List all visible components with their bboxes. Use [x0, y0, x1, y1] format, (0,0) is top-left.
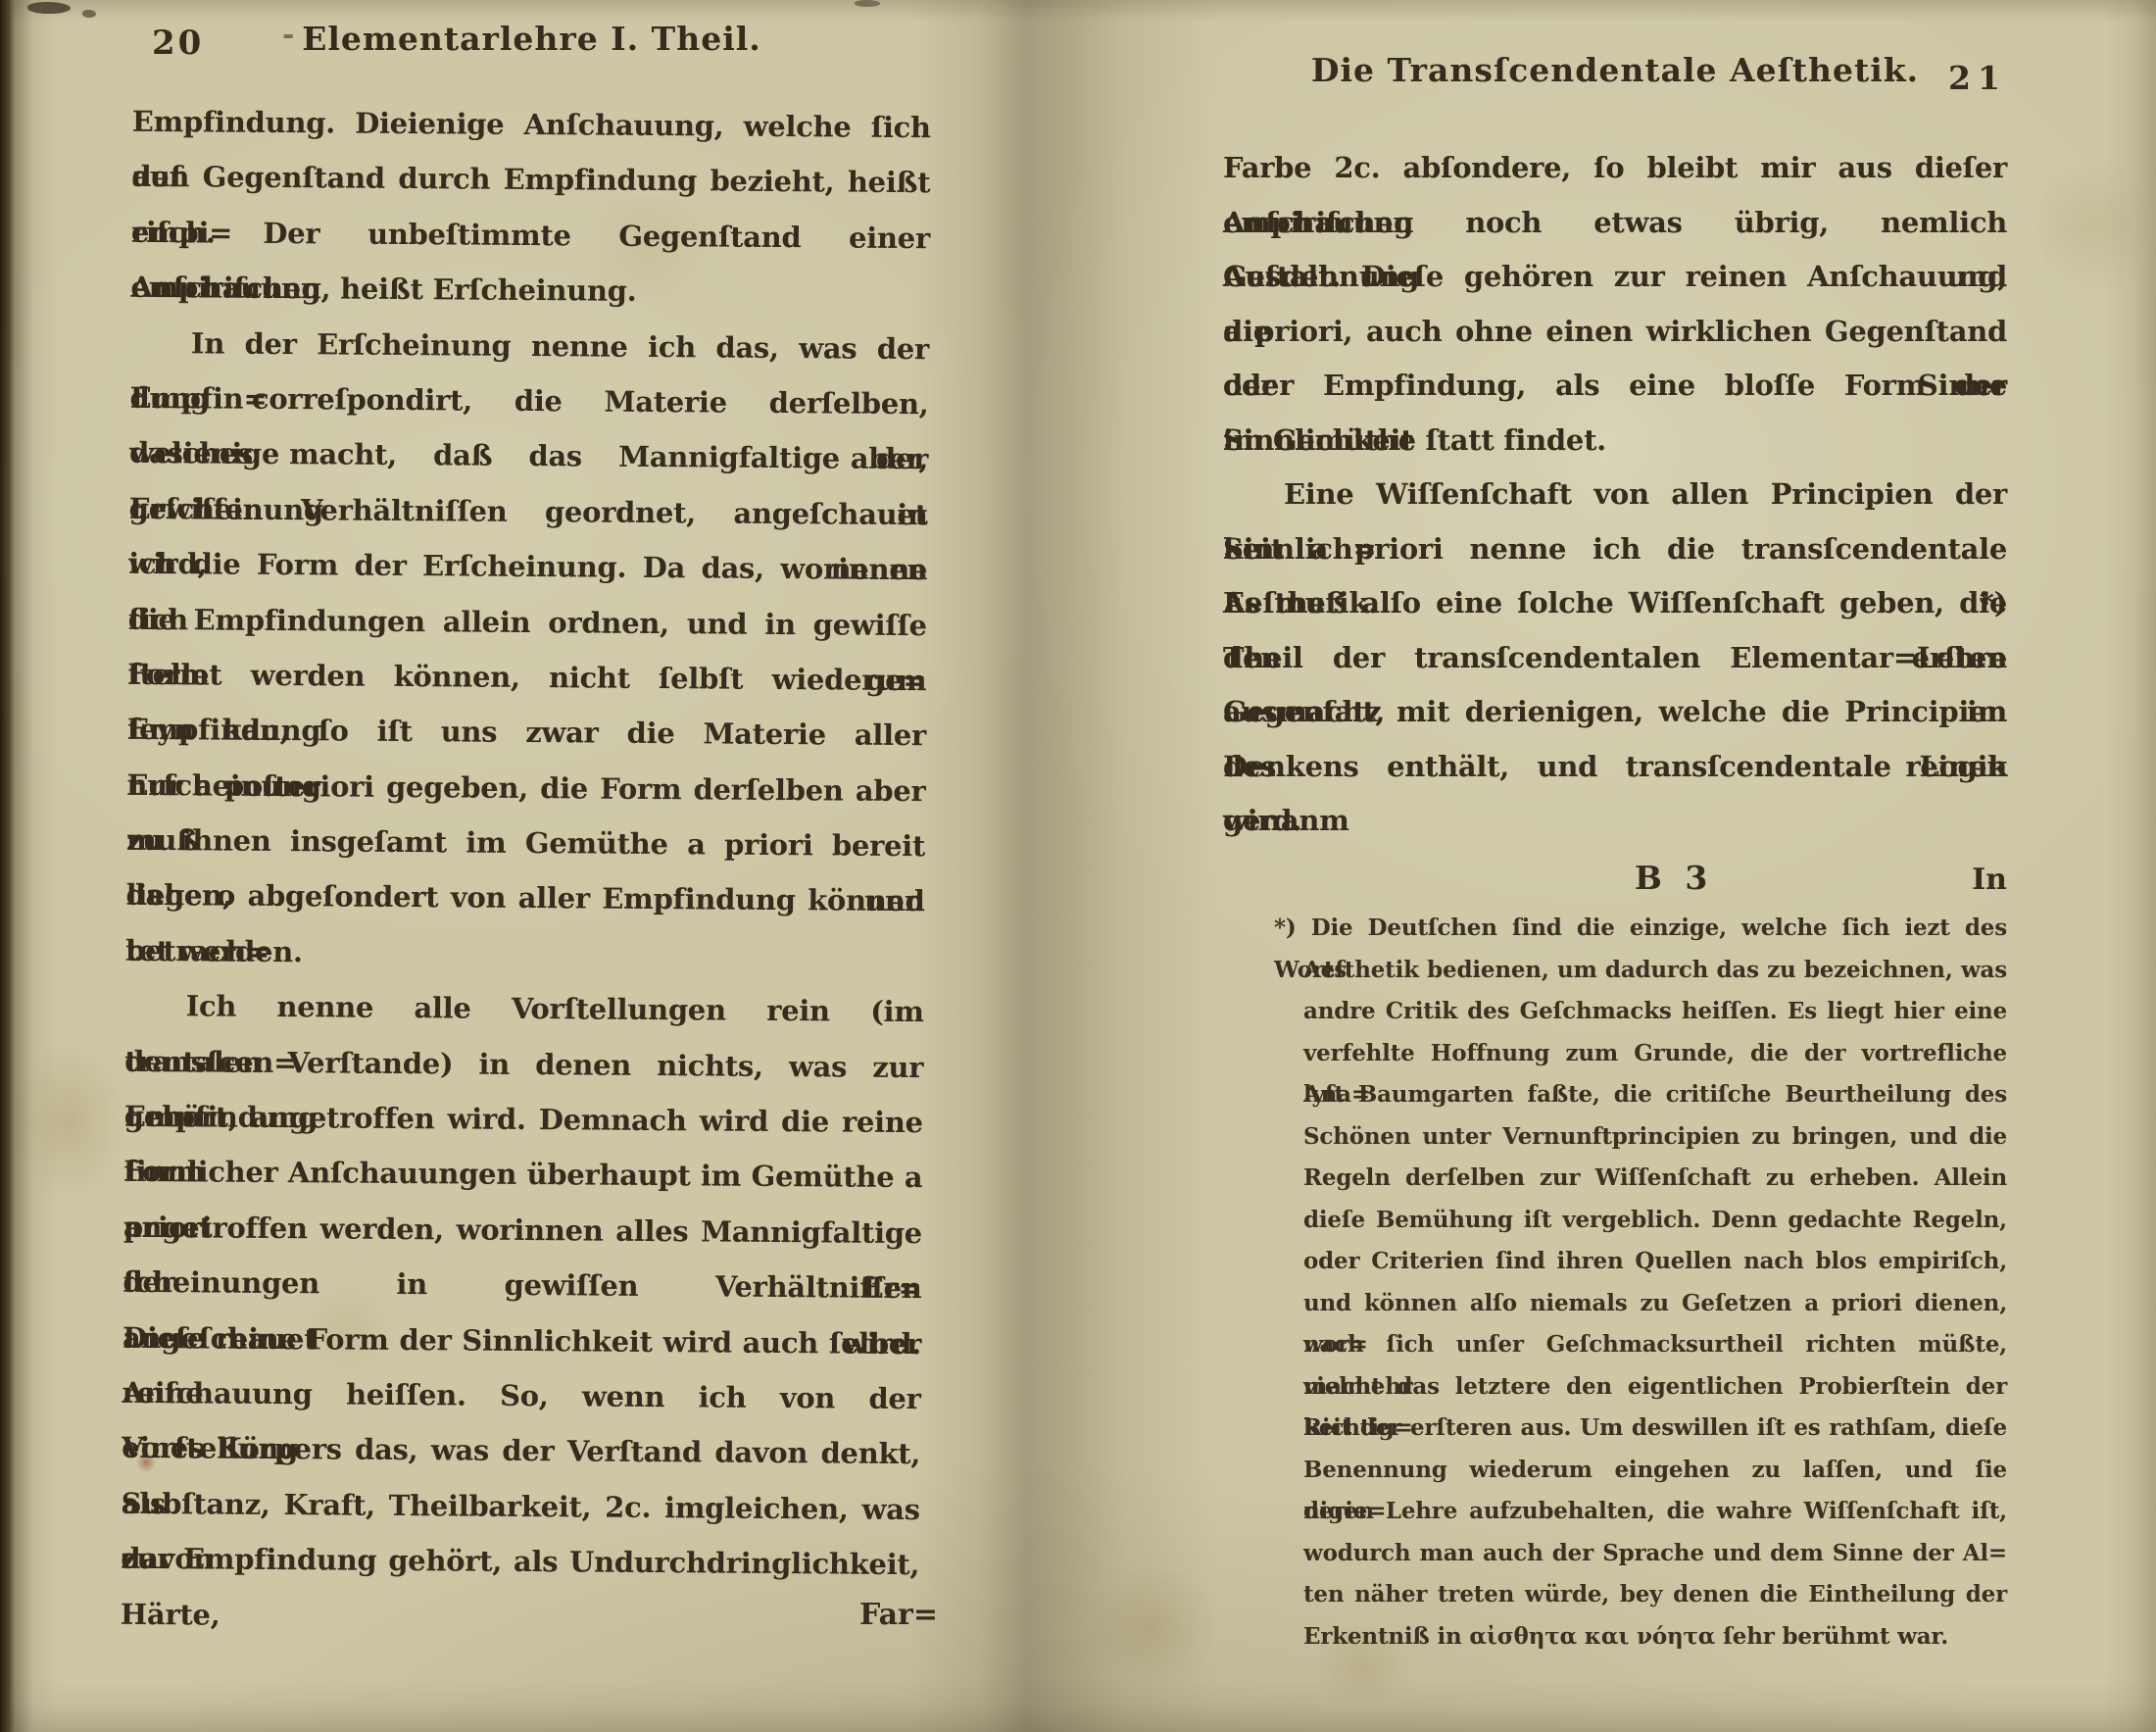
footnote-line: verfehlte Hoffnung zum Grunde, die der v…: [1274, 1033, 2007, 1075]
footnote-line: und können alſo niemals zu Geſetzen a pr…: [1274, 1283, 2007, 1325]
text-line: Subſtanz, Kraft, Theilbarkeit, 2c. imgle…: [121, 1476, 919, 1538]
text-line: Es muß alſo eine ſolche Wiſſenſchaft geb…: [1223, 576, 2007, 631]
text-line: Denkens enthält, und transſcendentale Lo…: [1223, 740, 2007, 795]
text-line: Geſtalt. Dieſe gehören zur reinen Anſcha…: [1223, 250, 2007, 305]
paragraph: Eine Wiſſenſchaft von allen Principien d…: [1223, 468, 2007, 849]
text-line: Empfindung. Dieienige Anſchauung, welche…: [132, 94, 931, 156]
text-line: Ich nenne alle Vorſtellungen rein (im tr…: [124, 978, 923, 1040]
text-line: ſcheinungen in gewiſſen Verhältniſſen an…: [122, 1255, 921, 1316]
stain: [10, 1039, 127, 1206]
catchword-right: In: [1972, 863, 2007, 897]
footnote-line: *) Die Deutſchen ſind die einzige, welch…: [1274, 908, 2007, 950]
running-header-left: Elementarlehre I. Theil.: [132, 20, 931, 58]
signature-mark: B 3: [1635, 859, 1713, 897]
footnote-line: Erkentniß in αἰσθητα και νόητα ſehr berü…: [1274, 1616, 2007, 1658]
text-line: riſch. Der unbeſtimmte Gegenſtand einer …: [131, 205, 930, 267]
footnote-line: lyſt Baumgarten faßte, die critiſche Beu…: [1274, 1074, 2007, 1116]
text-line: Anſchauung heiſſen. So, wenn ich von der…: [122, 1365, 920, 1427]
ink-speck: [82, 10, 96, 18]
text-line: nur a poſteriori gegeben, die Form derſe…: [126, 757, 925, 818]
footnote-line: nigen Lehre aufzubehalten, die wahre Wiſ…: [1274, 1491, 2007, 1533]
text-line: Eine Wiſſenſchaft von allen Principien d…: [1223, 468, 2007, 522]
text-line: dung correſpondirt, die Materie derſelbe…: [129, 371, 928, 432]
text-line: dahero abgeſondert von aller Empfindung …: [125, 867, 924, 929]
text-line: dentalen Verſtande) in denen nichts, was…: [124, 1033, 923, 1095]
footnote-line: keit der erſteren aus. Um deswillen iſt …: [1274, 1408, 2007, 1450]
footnote-line: Aeſthetik bedienen, um dadurch das zu be…: [1274, 950, 2007, 992]
stain: [2038, 147, 2146, 304]
signature-row: B 3 In: [1223, 859, 2007, 908]
text-line: ich die Form der Erſcheinung. Da das, wo…: [128, 536, 927, 598]
running-header-right: Die Transſcendentale Aeſthetik.: [1223, 51, 2007, 89]
footnote-line: ten näher treten würde, bey denen die Ei…: [1274, 1574, 2007, 1616]
text-line: In der Erſcheinung nenne ich das, was de…: [130, 315, 929, 376]
text-line: keit a priori nenne ich die transſcenden…: [1223, 522, 2007, 577]
paragraph: In der Erſcheinung nenne ich das, was de…: [125, 315, 929, 984]
text-line: Anſchauung, heißt Erſcheinung.: [130, 260, 929, 322]
text-line: Gegenſatz mit derienigen, welche die Pri…: [1223, 685, 2007, 740]
footnote-line: Regeln derſelben zur Wiſſenſchaft zu erh…: [1274, 1158, 2007, 1200]
text-line: Anſchauung noch etwas übrig, nemlich Aus…: [1223, 196, 2007, 251]
book-scan: 20 - Elementarlehre I. Theil. Empfindung…: [0, 0, 2156, 1732]
text-line: Theil der transſcendentalen Elementar=Le…: [1223, 631, 2007, 686]
text-line: Farbe 2c. abſondere, ſo bleibt mir aus d…: [1223, 141, 2007, 196]
text-line: angetroffen werden, worinnen alles Manni…: [123, 1200, 922, 1262]
stain: [1078, 1568, 1225, 1686]
footnote-line: andre Critik des Geſchmacks heiſſen. Es …: [1274, 991, 2007, 1033]
text-line: eines Körpers das, was der Verſtand davo…: [122, 1420, 920, 1482]
text-line: zur Empfindung gehört, als Undurchdringl…: [121, 1531, 919, 1593]
text-line: Dieſe reine Form der Sinnlichkeit wird a…: [122, 1310, 921, 1371]
footnote-line: nach ſich unſer Geſchmacksurtheil richte…: [1274, 1324, 2007, 1366]
text-line: ſtellet werden können, nicht ſelbſt wied…: [127, 647, 926, 709]
text-line: gewiſſen Verhältniſſen geordnet, angeſch…: [128, 481, 927, 543]
footnote-line: wodurch man auch der Sprache und dem Sin…: [1274, 1533, 2007, 1575]
footnote-line: dieſe Bemühung iſt vergeblich. Denn geda…: [1274, 1200, 2007, 1242]
paragraph: Ich nenne alle Vorſtellungen rein (im tr…: [121, 978, 924, 1593]
page-number-right: 21: [1948, 59, 2007, 97]
text-line: oder Empfindung, als eine bloſſe Form de…: [1223, 359, 2007, 414]
text-line: ſeyn kan, ſo iſt uns zwar die Materie al…: [127, 702, 926, 764]
footnote-line: oder Criterien ſind ihren Quellen nach b…: [1274, 1241, 2007, 1283]
ink-speck: [27, 2, 71, 14]
ink-speck: [855, 0, 880, 7]
footnote-line: Schönen unter Vernunftprincipien zu brin…: [1274, 1116, 2007, 1159]
text-line: gehört, angetroffen wird. Demnach wird d…: [124, 1089, 923, 1151]
footnote-line: macht das letztere den eigentlichen Prob…: [1274, 1366, 2007, 1409]
footnote-line: Benennung wiederum eingehen zu laſſen, u…: [1274, 1450, 2007, 1492]
text-line: ſinnlicher Anſchauungen überhaupt im Gem…: [123, 1144, 922, 1206]
text-line: im Gemüthe ſtatt findet.: [1223, 414, 2007, 469]
catchword-left: Far=: [132, 1598, 938, 1632]
text-line: a priori, auch ohne einen wirklichen Geg…: [1223, 305, 2007, 360]
text-line: welches macht, daß das Mannigfaltige der…: [129, 425, 928, 487]
text-line: zu ihnen insgeſamt im Gemüthe a priori b…: [126, 813, 925, 874]
text-line: tet werden.: [125, 923, 924, 985]
footnote: *) Die Deutſchen ſind die einzige, welch…: [1274, 908, 2007, 1658]
paragraph: Farbe 2c. abſondere, ſo bleibt mir aus d…: [1223, 141, 2007, 468]
paragraph: Empfindung. Dieienige Anſchauung, welche…: [130, 94, 931, 322]
right-page-text-block: Farbe 2c. abſondere, ſo bleibt mir aus d…: [1223, 141, 2007, 849]
left-page-text-block: Empfindung. Dieienige Anſchauung, welche…: [121, 94, 931, 1593]
text-line: die Empfindungen allein ordnen, und in g…: [128, 591, 927, 653]
text-line: den Gegenſtand durch Empfindung bezieht,…: [131, 149, 930, 211]
